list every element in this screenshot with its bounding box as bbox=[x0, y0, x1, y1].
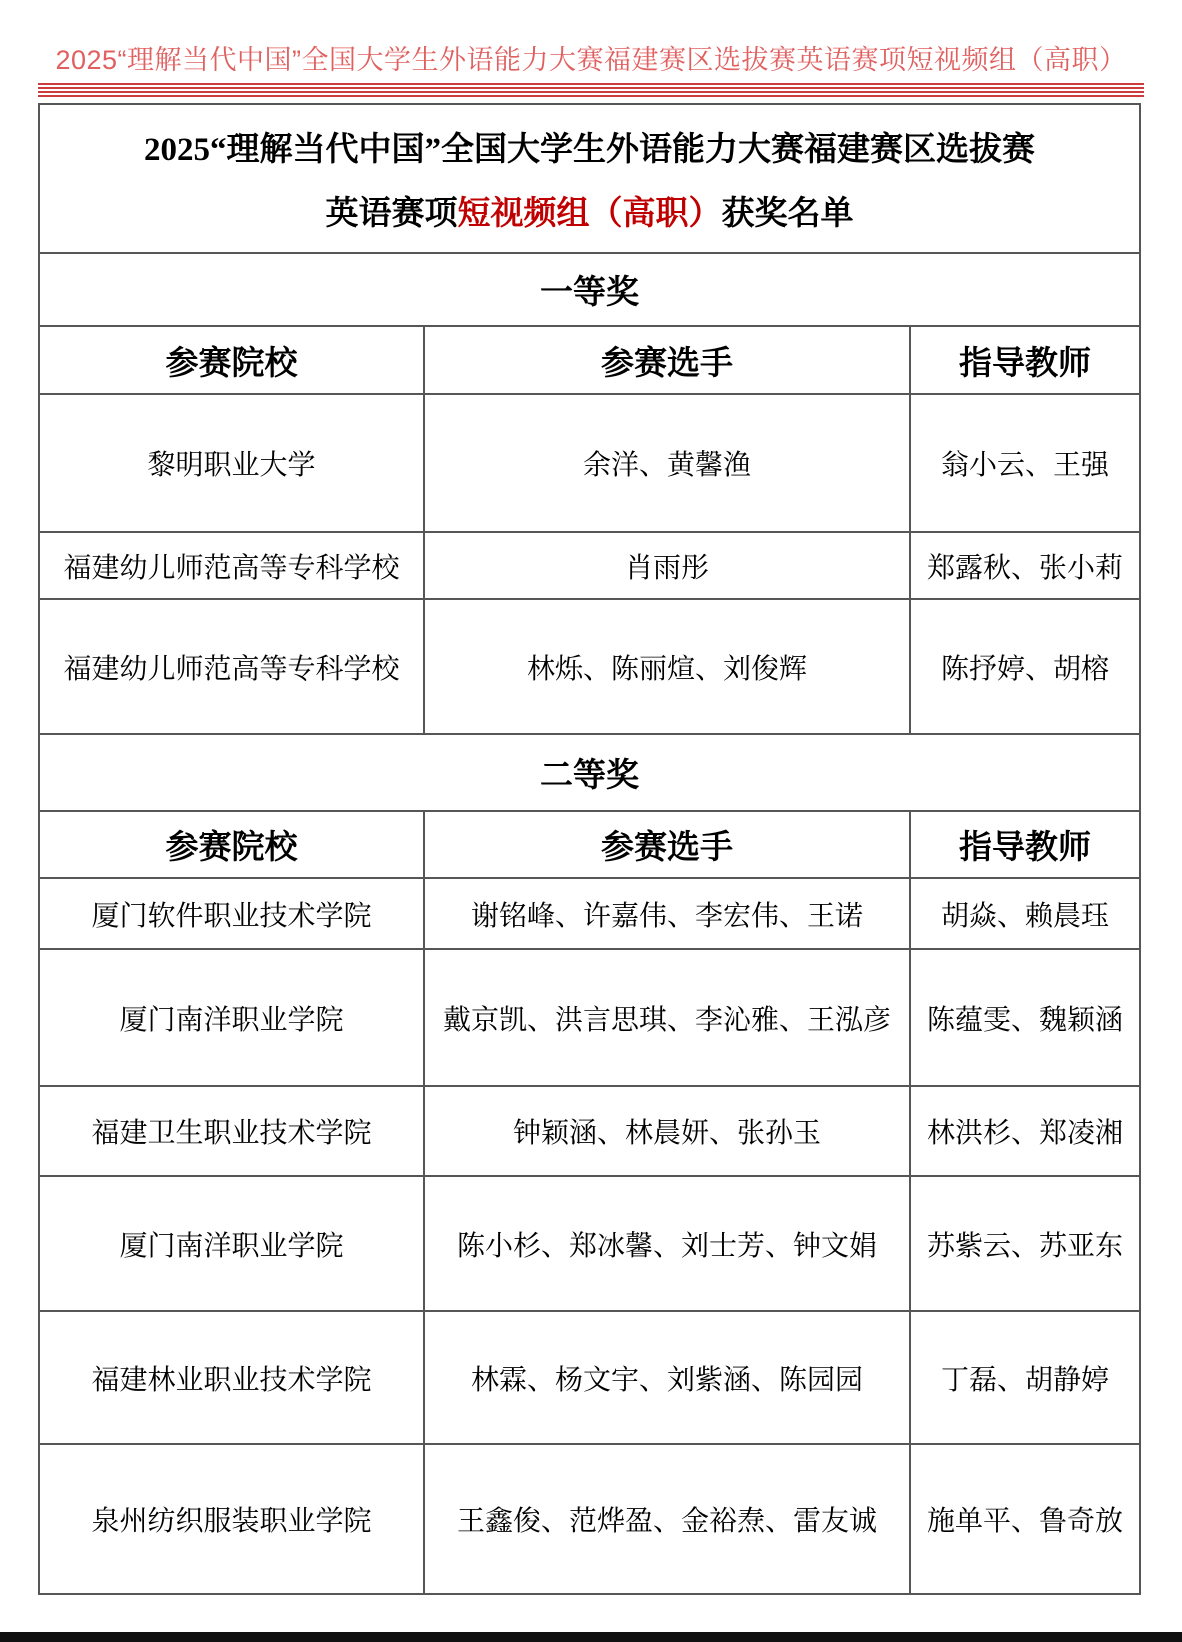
column-header-row: 参赛院校 参赛选手 指导教师 bbox=[40, 810, 1139, 877]
page: 2025“理解当代中国”全国大学生外语能力大赛福建赛区选拔赛英语赛项短视频组（高… bbox=[0, 0, 1182, 1642]
table-row: 福建幼儿师范高等专科学校 肖雨彤 郑露秋、张小莉 bbox=[40, 531, 1139, 598]
contestants-cell: 余洋、黄馨渔 bbox=[423, 395, 909, 531]
table-row: 福建卫生职业技术学院 钟颖涵、林晨妍、张孙玉 林洪杉、郑凌湘 bbox=[40, 1085, 1139, 1175]
title-line2-suffix: 获奖名单 bbox=[722, 196, 854, 232]
school-cell: 福建林业职业技术学院 bbox=[40, 1312, 423, 1443]
table-row: 泉州纺织服装职业学院 王鑫俊、范烨盈、金裕焘、雷友诚 施单平、鲁奇放 bbox=[40, 1443, 1139, 1593]
contestants-cell: 肖雨彤 bbox=[423, 533, 909, 598]
teachers-cell: 胡焱、赖晨珏 bbox=[909, 879, 1139, 948]
school-cell: 厦门软件职业技术学院 bbox=[40, 879, 423, 948]
school-cell: 福建卫生职业技术学院 bbox=[40, 1087, 423, 1175]
table-row: 厦门南洋职业学院 陈小杉、郑冰馨、刘士芳、钟文娟 苏紫云、苏亚东 bbox=[40, 1175, 1139, 1310]
contestants-cell: 林霖、杨文宇、刘紫涵、陈园园 bbox=[423, 1312, 909, 1443]
column-header-school: 参赛院校 bbox=[40, 812, 423, 877]
column-header-teachers: 指导教师 bbox=[909, 327, 1139, 393]
contestants-cell: 陈小杉、郑冰馨、刘士芳、钟文娟 bbox=[423, 1177, 909, 1310]
table-title-cell: 2025“理解当代中国”全国大学生外语能力大赛福建赛区选拔赛 英语赛项短视频组（… bbox=[40, 105, 1139, 252]
school-cell: 福建幼儿师范高等专科学校 bbox=[40, 600, 423, 733]
red-divider bbox=[38, 83, 1144, 97]
table-row: 厦门软件职业技术学院 谢铭峰、许嘉伟、李宏伟、王诺 胡焱、赖晨珏 bbox=[40, 877, 1139, 948]
teachers-cell: 苏紫云、苏亚东 bbox=[909, 1177, 1139, 1310]
award-section-label-second-prize: 二等奖 bbox=[40, 733, 1139, 810]
teachers-cell: 陈蕴雯、魏颖涵 bbox=[909, 950, 1139, 1085]
screenshot-bottom-edge bbox=[0, 1632, 1182, 1642]
column-header-teachers: 指导教师 bbox=[909, 812, 1139, 877]
title-line2-prefix: 英语赛项 bbox=[326, 196, 458, 232]
school-cell: 厦门南洋职业学院 bbox=[40, 1177, 423, 1310]
award-table: 2025“理解当代中国”全国大学生外语能力大赛福建赛区选拔赛 英语赛项短视频组（… bbox=[38, 103, 1141, 1595]
award-section-label-first-prize: 一等奖 bbox=[40, 252, 1139, 325]
contestants-cell: 钟颖涵、林晨妍、张孙玉 bbox=[423, 1087, 909, 1175]
column-header-row: 参赛院校 参赛选手 指导教师 bbox=[40, 325, 1139, 393]
table-row: 厦门南洋职业学院 戴京凯、洪言思琪、李沁雅、王泓彦 陈蕴雯、魏颖涵 bbox=[40, 948, 1139, 1085]
contestants-cell: 林烁、陈丽煊、刘俊辉 bbox=[423, 600, 909, 733]
contestants-cell: 王鑫俊、范烨盈、金裕焘、雷友诚 bbox=[423, 1445, 909, 1593]
teachers-cell: 翁小云、王强 bbox=[909, 395, 1139, 531]
page-header-text: 2025“理解当代中国”全国大学生外语能力大赛福建赛区选拔赛英语赛项短视频组（高… bbox=[0, 0, 1182, 77]
school-cell: 福建幼儿师范高等专科学校 bbox=[40, 533, 423, 598]
column-header-contestants: 参赛选手 bbox=[423, 327, 909, 393]
title-line-1: 2025“理解当代中国”全国大学生外语能力大赛福建赛区选拔赛 bbox=[144, 123, 1035, 170]
title-line2-highlight: 短视频组（高职） bbox=[458, 196, 722, 232]
school-cell: 泉州纺织服装职业学院 bbox=[40, 1445, 423, 1593]
column-header-school: 参赛院校 bbox=[40, 327, 423, 393]
teachers-cell: 郑露秋、张小莉 bbox=[909, 533, 1139, 598]
teachers-cell: 丁磊、胡静婷 bbox=[909, 1312, 1139, 1443]
table-row: 黎明职业大学 余洋、黄馨渔 翁小云、王强 bbox=[40, 393, 1139, 531]
teachers-cell: 施单平、鲁奇放 bbox=[909, 1445, 1139, 1593]
teachers-cell: 陈抒婷、胡榕 bbox=[909, 600, 1139, 733]
table-row: 福建幼儿师范高等专科学校 林烁、陈丽煊、刘俊辉 陈抒婷、胡榕 bbox=[40, 598, 1139, 733]
school-cell: 黎明职业大学 bbox=[40, 395, 423, 531]
table-row: 福建林业职业技术学院 林霖、杨文宇、刘紫涵、陈园园 丁磊、胡静婷 bbox=[40, 1310, 1139, 1443]
teachers-cell: 林洪杉、郑凌湘 bbox=[909, 1087, 1139, 1175]
school-cell: 厦门南洋职业学院 bbox=[40, 950, 423, 1085]
title-line-2: 英语赛项短视频组（高职）获奖名单 bbox=[326, 187, 854, 234]
contestants-cell: 谢铭峰、许嘉伟、李宏伟、王诺 bbox=[423, 879, 909, 948]
column-header-contestants: 参赛选手 bbox=[423, 812, 909, 877]
contestants-cell: 戴京凯、洪言思琪、李沁雅、王泓彦 bbox=[423, 950, 909, 1085]
